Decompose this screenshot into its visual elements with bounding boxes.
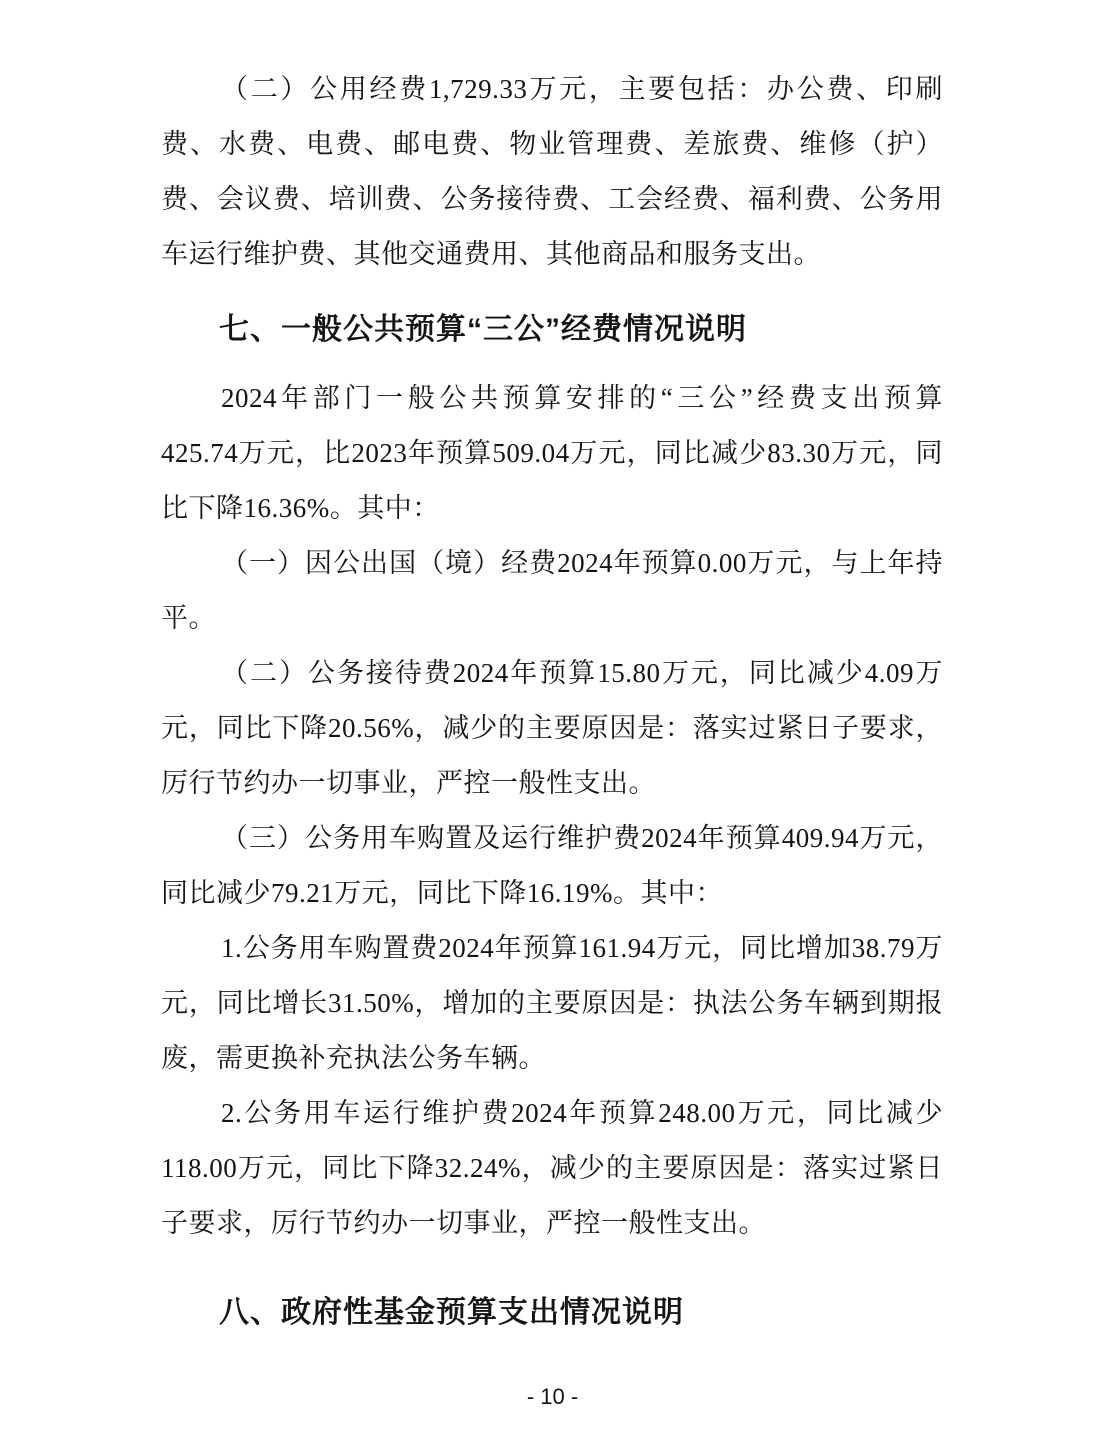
paragraph-public-expense-line: （二）公用经费1,729.33万元，主要包括：办公费、印刷 [161, 62, 943, 117]
paragraph-reception-line: 元，同比下降20.56%，减少的主要原因是：落实过紧日子要求， [161, 701, 943, 756]
paragraph-vehicle-purchase-line: 1.公务用车购置费2024年预算161.94万元，同比增加38.79万 [161, 921, 943, 976]
section-heading-seven: 七、一般公共预算“三公”经费情况说明 [161, 302, 943, 357]
paragraph-overview-line: 425.74万元，比2023年预算509.04万元，同比减少83.30万元，同 [161, 426, 943, 481]
document-page: （二）公用经费1,729.33万元，主要包括：办公费、印刷 费、水费、电费、邮电… [0, 0, 1105, 1430]
paragraph-overview-line: 2024年部门一般公共预算安排的“三公”经费支出预算 [161, 371, 943, 426]
paragraph-public-expense-line: 费、水费、电费、邮电费、物业管理费、差旅费、维修（护） [161, 117, 943, 172]
paragraph-reception-line: （二）公务接待费2024年预算15.80万元，同比减少4.09万 [161, 646, 943, 701]
paragraph-vehicle-maintenance-line: 2.公务用车运行维护费2024年预算248.00万元，同比减少 [161, 1086, 943, 1141]
paragraph-reception-line: 厉行节约办一切事业，严控一般性支出。 [161, 756, 943, 811]
paragraph-vehicle-purchase-line: 元，同比增长31.50%，增加的主要原因是：执法公务车辆到期报 [161, 976, 943, 1031]
paragraph-vehicle-total-line: 同比减少79.21万元，同比下降16.19%。其中： [161, 866, 943, 921]
paragraph-vehicle-maintenance-line: 子要求，厉行节约办一切事业，严控一般性支出。 [161, 1196, 943, 1251]
document-body: （二）公用经费1,729.33万元，主要包括：办公费、印刷 费、水费、电费、邮电… [161, 62, 943, 1340]
paragraph-overview-line: 比下降16.36%。其中： [161, 481, 943, 536]
paragraph-abroad-line: 平。 [161, 591, 943, 646]
page-number: - 10 - [0, 1384, 1105, 1410]
paragraph-public-expense-line: 车运行维护费、其他交通费用、其他商品和服务支出。 [161, 227, 943, 282]
paragraph-abroad-line: （一）因公出国（境）经费2024年预算0.00万元，与上年持 [161, 536, 943, 591]
paragraph-public-expense-line: 费、会议费、培训费、公务接待费、工会经费、福利费、公务用 [161, 172, 943, 227]
section-heading-eight: 八、政府性基金预算支出情况说明 [161, 1285, 943, 1340]
paragraph-vehicle-purchase-line: 废，需更换补充执法公务车辆。 [161, 1031, 943, 1086]
paragraph-vehicle-total-line: （三）公务用车购置及运行维护费2024年预算409.94万元， [161, 811, 943, 866]
paragraph-vehicle-maintenance-line: 118.00万元，同比下降32.24%，减少的主要原因是：落实过紧日 [161, 1141, 943, 1196]
